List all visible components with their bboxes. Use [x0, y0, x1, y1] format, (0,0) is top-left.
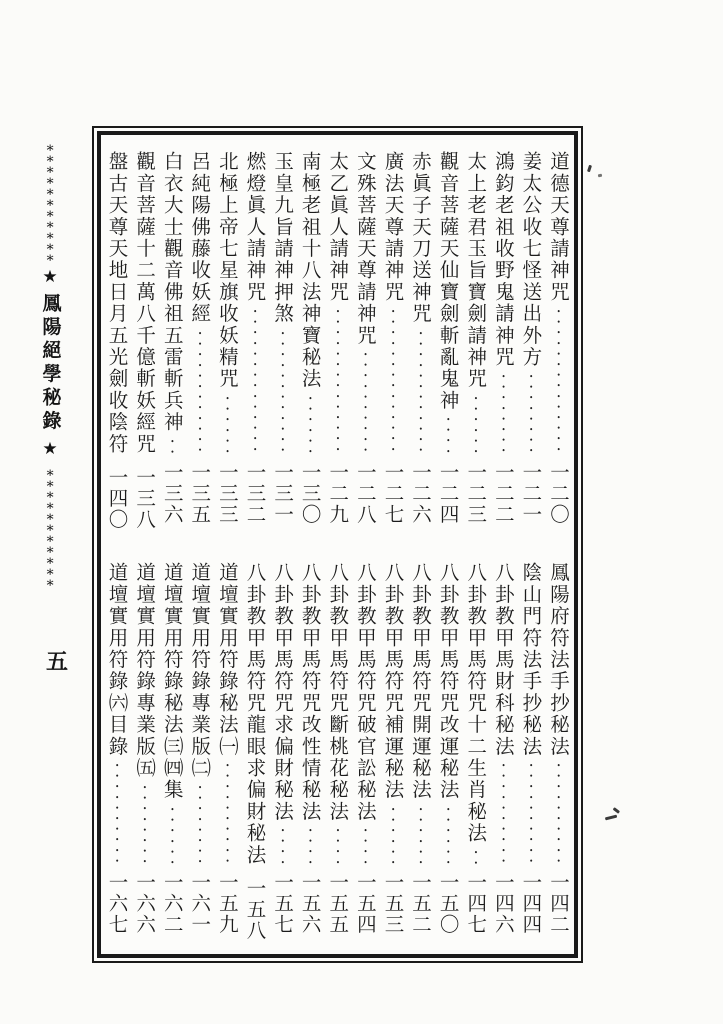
entry-page-number: 一三八: [135, 467, 155, 530]
dot-leader: ••••••••••••••••••••••••••••••••••••••••…: [279, 330, 286, 455]
toc-entry: 姜太公收七怪送出外方 •••••••••••••••••••••••••••••…: [521, 151, 541, 525]
dot-leader: ••••••••••••••••••••••••••••••••••••••••…: [306, 395, 313, 455]
entry-title: 太乙眞人請神咒: [328, 151, 348, 303]
toc-entry: 赤眞子天刀送神咒 •••••••••••••••••••••••••••••••…: [411, 151, 431, 525]
toc-entry: 八卦教甲馬符咒補運秘法 ••••••••••••••••••••••••••••…: [383, 562, 403, 935]
entry-title: 呂純陽佛藤收妖經: [190, 151, 210, 325]
entry-title: 八卦教甲馬符咒十二生肖秘法: [466, 562, 486, 844]
entry-title: 南極老祖十八法神寶秘法: [300, 151, 320, 390]
entry-page-number: 一四四: [521, 872, 541, 935]
entry-title: 道壇實用符錄秘法㈠: [217, 562, 237, 757]
entry-title: 八卦教甲馬符咒改運秘法: [438, 562, 458, 801]
entry-title: 太上老君玉旨寶劍請神咒: [466, 151, 486, 390]
entry-page-number: 一二四: [438, 462, 458, 525]
entry-title: 玉皇九旨請神押煞: [273, 151, 293, 325]
entry-page-number: 一四〇: [107, 467, 127, 530]
scan-speck: [598, 174, 603, 178]
entry-page-number: 一六七: [107, 872, 127, 935]
entry-page-number: 一五四: [355, 872, 375, 935]
toc-entry: 太上老君玉旨寶劍請神咒 ••••••••••••••••••••••••••••…: [466, 151, 486, 525]
dot-leader: ••••••••••••••••••••••••••••••••••••••••…: [224, 762, 231, 865]
toc-entry: 八卦教甲馬符咒龍眼求偏財秘法 •••••••••••••••••••••••••…: [245, 562, 265, 935]
dot-leader: ••••••••••••••••••••••••••••••••••••••••…: [113, 762, 120, 865]
dot-leader: ••••••••••••••••••••••••••••••••••••••••…: [168, 806, 175, 865]
toc-entry: 八卦教甲馬符咒開運秘法 ••••••••••••••••••••••••••••…: [411, 562, 431, 935]
entry-title: 文殊菩薩天尊請神咒: [355, 151, 375, 346]
toc-entry: 道壇實用符錄專業版㈤ •••••••••••••••••••••••••••••…: [135, 562, 155, 935]
toc-entry: 白衣大士觀音佛祖五雷斬兵神 ••••••••••••••••••••••••••…: [162, 151, 182, 525]
entry-title: 姜太公收七怪送出外方: [521, 151, 541, 368]
entry-page-number: 一五二: [411, 872, 431, 935]
star-icon: ★: [42, 441, 57, 458]
toc-entry: 八卦教甲馬財科秘法 ••••••••••••••••••••••••••••••…: [493, 562, 513, 935]
entry-title: 八卦教甲馬財科秘法: [493, 562, 513, 757]
entry-page-number: 一二二: [493, 462, 513, 525]
toc-entry: 北極上帝七星旗收妖精咒 ••••••••••••••••••••••••••••…: [217, 151, 237, 525]
entry-title: 八卦教甲馬符咒求偏財秘法: [273, 562, 293, 822]
entry-title: 廣法天尊請神咒: [383, 151, 403, 303]
ornament-chain-top: ∗∗∗∗∗∗∗∗∗∗∗∗∗: [43, 140, 57, 262]
entry-page-number: 一五三: [383, 872, 403, 935]
toc-entry: 觀音菩薩天仙寶劍斬亂鬼神 •••••••••••••••••••••••••••…: [438, 151, 458, 525]
dot-leader: ••••••••••••••••••••••••••••••••••••••••…: [279, 827, 286, 865]
toc-entry: 燃燈眞人請神咒 ••••••••••••••••••••••••••••••••…: [245, 151, 265, 525]
dot-leader: ••••••••••••••••••••••••••••••••••••••••…: [444, 806, 451, 865]
entry-title: 盤古天尊天地日月五光劍收陰符: [107, 151, 127, 455]
entry-page-number: 一三〇: [300, 462, 320, 525]
dot-leader: ••••••••••••••••••••••••••••••••••••••••…: [141, 784, 148, 865]
entry-title: 道德天尊請神咒: [549, 151, 569, 303]
entry-page-number: 一二九: [328, 462, 348, 525]
toc-entry: 玉皇九旨請神押煞 •••••••••••••••••••••••••••••••…: [273, 151, 293, 525]
toc-border-box: 道德天尊請神咒 ••••••••••••••••••••••••••••••••…: [92, 126, 583, 963]
toc-entry: 觀音菩薩十二萬八千億斬妖經咒 •••••••••••••••••••••••••…: [135, 151, 155, 525]
toc-entry: 道壇實用符錄專業版㈡ •••••••••••••••••••••••••••••…: [190, 562, 210, 935]
page-number-folio: 五: [46, 645, 68, 676]
toc-entry: 鳳陽府符法手抄秘法 ••••••••••••••••••••••••••••••…: [549, 562, 569, 935]
scan-speck: [605, 815, 617, 820]
dot-leader: ••••••••••••••••••••••••••••••••••••••••…: [168, 438, 175, 455]
entry-title: 道壇實用符錄專業版㈤: [135, 562, 155, 779]
entry-title: 八卦教甲馬符咒破官訟秘法: [355, 562, 375, 822]
toc-entry: 道壇實用符錄秘法㈠ ••••••••••••••••••••••••••••••…: [217, 562, 237, 935]
dot-leader: ••••••••••••••••••••••••••••••••••••••••…: [500, 373, 507, 455]
entry-page-number: 一四二: [549, 872, 569, 935]
entry-page-number: 一五六: [300, 872, 320, 935]
toc-entry: 廣法天尊請神咒 ••••••••••••••••••••••••••••••••…: [383, 151, 403, 525]
entry-page-number: 一三二: [245, 462, 265, 525]
toc-entry: 八卦教甲馬符咒改性情秘法 •••••••••••••••••••••••••••…: [300, 562, 320, 935]
toc-content: 道德天尊請神咒 ••••••••••••••••••••••••••••••••…: [97, 131, 578, 958]
dot-leader: ••••••••••••••••••••••••••••••••••••••••…: [555, 762, 562, 865]
entry-page-number: 一三六: [162, 462, 182, 525]
scanned-book-page: ∗∗∗∗∗∗∗∗∗∗∗∗∗ ★ 鳳陽絕學秘錄 ★ ∗∗∗∗∗∗∗∗∗∗∗∗∗ 五…: [0, 0, 723, 1024]
section-divider-gap: [107, 525, 568, 562]
dot-leader: ••••••••••••••••••••••••••••••••••••••••…: [555, 308, 562, 455]
entry-page-number: 一六二: [162, 872, 182, 935]
dot-leader: ••••••••••••••••••••••••••••••••••••••••…: [500, 762, 507, 865]
entry-title: 鴻鈞老祖收野鬼請神咒: [493, 151, 513, 368]
toc-entry: 陰山門符法手抄秘法 ••••••••••••••••••••••••••••••…: [521, 562, 541, 935]
entry-page-number: 一二〇: [549, 462, 569, 525]
entry-page-number: 一三五: [190, 462, 210, 525]
entry-page-number: 一二八: [355, 462, 375, 525]
entry-page-number: 一六一: [190, 872, 210, 935]
entry-title: 道壇實用符錄專業版㈡: [190, 562, 210, 779]
toc-entry: 盤古天尊天地日月五光劍收陰符 •••••••••••••••••••••••••…: [107, 151, 127, 525]
dot-leader: ••••••••••••••••••••••••••••••••••••••••…: [389, 806, 396, 865]
toc-entry: 八卦教甲馬符咒求偏財秘法 •••••••••••••••••••••••••••…: [273, 562, 293, 935]
entry-page-number: 一五五: [328, 872, 348, 935]
toc-entry: 八卦教甲馬符咒斷桃花秘法 •••••••••••••••••••••••••••…: [328, 562, 348, 935]
dot-leader: ••••••••••••••••••••••••••••••••••••••••…: [251, 308, 258, 455]
dot-leader: ••••••••••••••••••••••••••••••••••••••••…: [444, 416, 451, 455]
toc-entry: 八卦教甲馬符咒改運秘法 ••••••••••••••••••••••••••••…: [438, 562, 458, 935]
entry-title: 鳳陽府符法手抄秘法: [549, 562, 569, 757]
dot-leader: ••••••••••••••••••••••••••••••••••••••••…: [417, 330, 424, 455]
entry-page-number: 一三三: [217, 462, 237, 525]
entry-title: 八卦教甲馬符咒開運秘法: [411, 562, 431, 801]
ornament-chain-bottom: ∗∗∗∗∗∗∗∗∗∗∗∗∗: [43, 465, 57, 587]
toc-entry: 呂純陽佛藤收妖經 •••••••••••••••••••••••••••••••…: [190, 151, 210, 525]
entry-page-number: 一二七: [383, 462, 403, 525]
toc-entry: 鴻鈞老祖收野鬼請神咒 •••••••••••••••••••••••••••••…: [493, 151, 513, 525]
dot-leader: ••••••••••••••••••••••••••••••••••••••••…: [389, 308, 396, 455]
entry-title: 道壇實用符錄秘法㈢㈣集: [162, 562, 182, 801]
dot-leader: ••••••••••••••••••••••••••••••••••••••••…: [306, 827, 313, 865]
entry-title: 道壇實用符錄㈥目錄: [107, 562, 127, 757]
entry-page-number: 一二三: [466, 462, 486, 525]
dot-leader: ••••••••••••••••••••••••••••••••••••••••…: [334, 308, 341, 455]
entry-page-number: 一四七: [466, 872, 486, 935]
entry-title: 觀音菩薩十二萬八千億斬妖經咒: [135, 151, 155, 455]
entry-page-number: 一五八: [245, 878, 265, 941]
entry-title: 八卦教甲馬符咒龍眼求偏財秘法: [245, 562, 265, 866]
toc-section-bottom: 鳳陽府符法手抄秘法 ••••••••••••••••••••••••••••••…: [107, 562, 568, 935]
entry-title: 赤眞子天刀送神咒: [411, 151, 431, 325]
scan-speck: [587, 165, 592, 173]
entry-title: 白衣大士觀音佛祖五雷斬兵神: [162, 151, 182, 433]
entry-title: 八卦教甲馬符咒改性情秘法: [300, 562, 320, 822]
dot-leader: ••••••••••••••••••••••••••••••••••••••••…: [196, 330, 203, 455]
entry-page-number: 一六六: [135, 872, 155, 935]
toc-entry: 文殊菩薩天尊請神咒 ••••••••••••••••••••••••••••••…: [355, 151, 375, 525]
toc-entry: 道壇實用符錄㈥目錄 ••••••••••••••••••••••••••••••…: [107, 562, 127, 935]
entry-title: 觀音菩薩天仙寶劍斬亂鬼神: [438, 151, 458, 411]
entry-page-number: 一二一: [521, 462, 541, 525]
entry-title: 八卦教甲馬符咒斷桃花秘法: [328, 562, 348, 822]
book-title: 鳳陽絕學秘錄: [41, 293, 60, 434]
entry-page-number: 一五〇: [438, 872, 458, 935]
toc-entry: 南極老祖十八法神寶秘法 ••••••••••••••••••••••••••••…: [300, 151, 320, 525]
toc-section-top: 道德天尊請神咒 ••••••••••••••••••••••••••••••••…: [107, 151, 568, 525]
star-icon: ★: [42, 269, 57, 286]
scan-speck: [613, 807, 620, 813]
entry-title: 八卦教甲馬符咒補運秘法: [383, 562, 403, 801]
entry-title: 北極上帝七星旗收妖精咒: [217, 151, 237, 390]
entry-title: 燃燈眞人請神咒: [245, 151, 265, 303]
dot-leader: ••••••••••••••••••••••••••••••••••••••••…: [472, 849, 479, 865]
dot-leader: ••••••••••••••••••••••••••••••••••••••••…: [527, 762, 534, 865]
entry-page-number: 一三一: [273, 462, 293, 525]
dot-leader: ••••••••••••••••••••••••••••••••••••••••…: [362, 827, 369, 865]
entry-page-number: 一五七: [273, 872, 293, 935]
dot-leader: ••••••••••••••••••••••••••••••••••••••••…: [472, 395, 479, 455]
entry-page-number: 一四六: [493, 872, 513, 935]
toc-entry: 道壇實用符錄秘法㈢㈣集 ••••••••••••••••••••••••••••…: [162, 562, 182, 935]
entry-page-number: 一二六: [411, 462, 431, 525]
dot-leader: ••••••••••••••••••••••••••••••••••••••••…: [196, 784, 203, 865]
dot-leader: ••••••••••••••••••••••••••••••••••••••••…: [362, 351, 369, 455]
dot-leader: ••••••••••••••••••••••••••••••••••••••••…: [527, 373, 534, 455]
toc-entry: 八卦教甲馬符咒破官訟秘法 •••••••••••••••••••••••••••…: [355, 562, 375, 935]
spine-strip: ∗∗∗∗∗∗∗∗∗∗∗∗∗ ★ 鳳陽絕學秘錄 ★ ∗∗∗∗∗∗∗∗∗∗∗∗∗ 五: [30, 140, 70, 676]
entry-page-number: 一五九: [217, 872, 237, 935]
entry-title: 陰山門符法手抄秘法: [521, 562, 541, 757]
toc-entry: 八卦教甲馬符咒十二生肖秘法 ••••••••••••••••••••••••••…: [466, 562, 486, 935]
dot-leader: ••••••••••••••••••••••••••••••••••••••••…: [224, 395, 231, 455]
toc-entry: 太乙眞人請神咒 ••••••••••••••••••••••••••••••••…: [328, 151, 348, 525]
dot-leader: ••••••••••••••••••••••••••••••••••••••••…: [417, 806, 424, 865]
toc-entry: 道德天尊請神咒 ••••••••••••••••••••••••••••••••…: [549, 151, 569, 525]
dot-leader: ••••••••••••••••••••••••••••••••••••••••…: [334, 827, 341, 865]
